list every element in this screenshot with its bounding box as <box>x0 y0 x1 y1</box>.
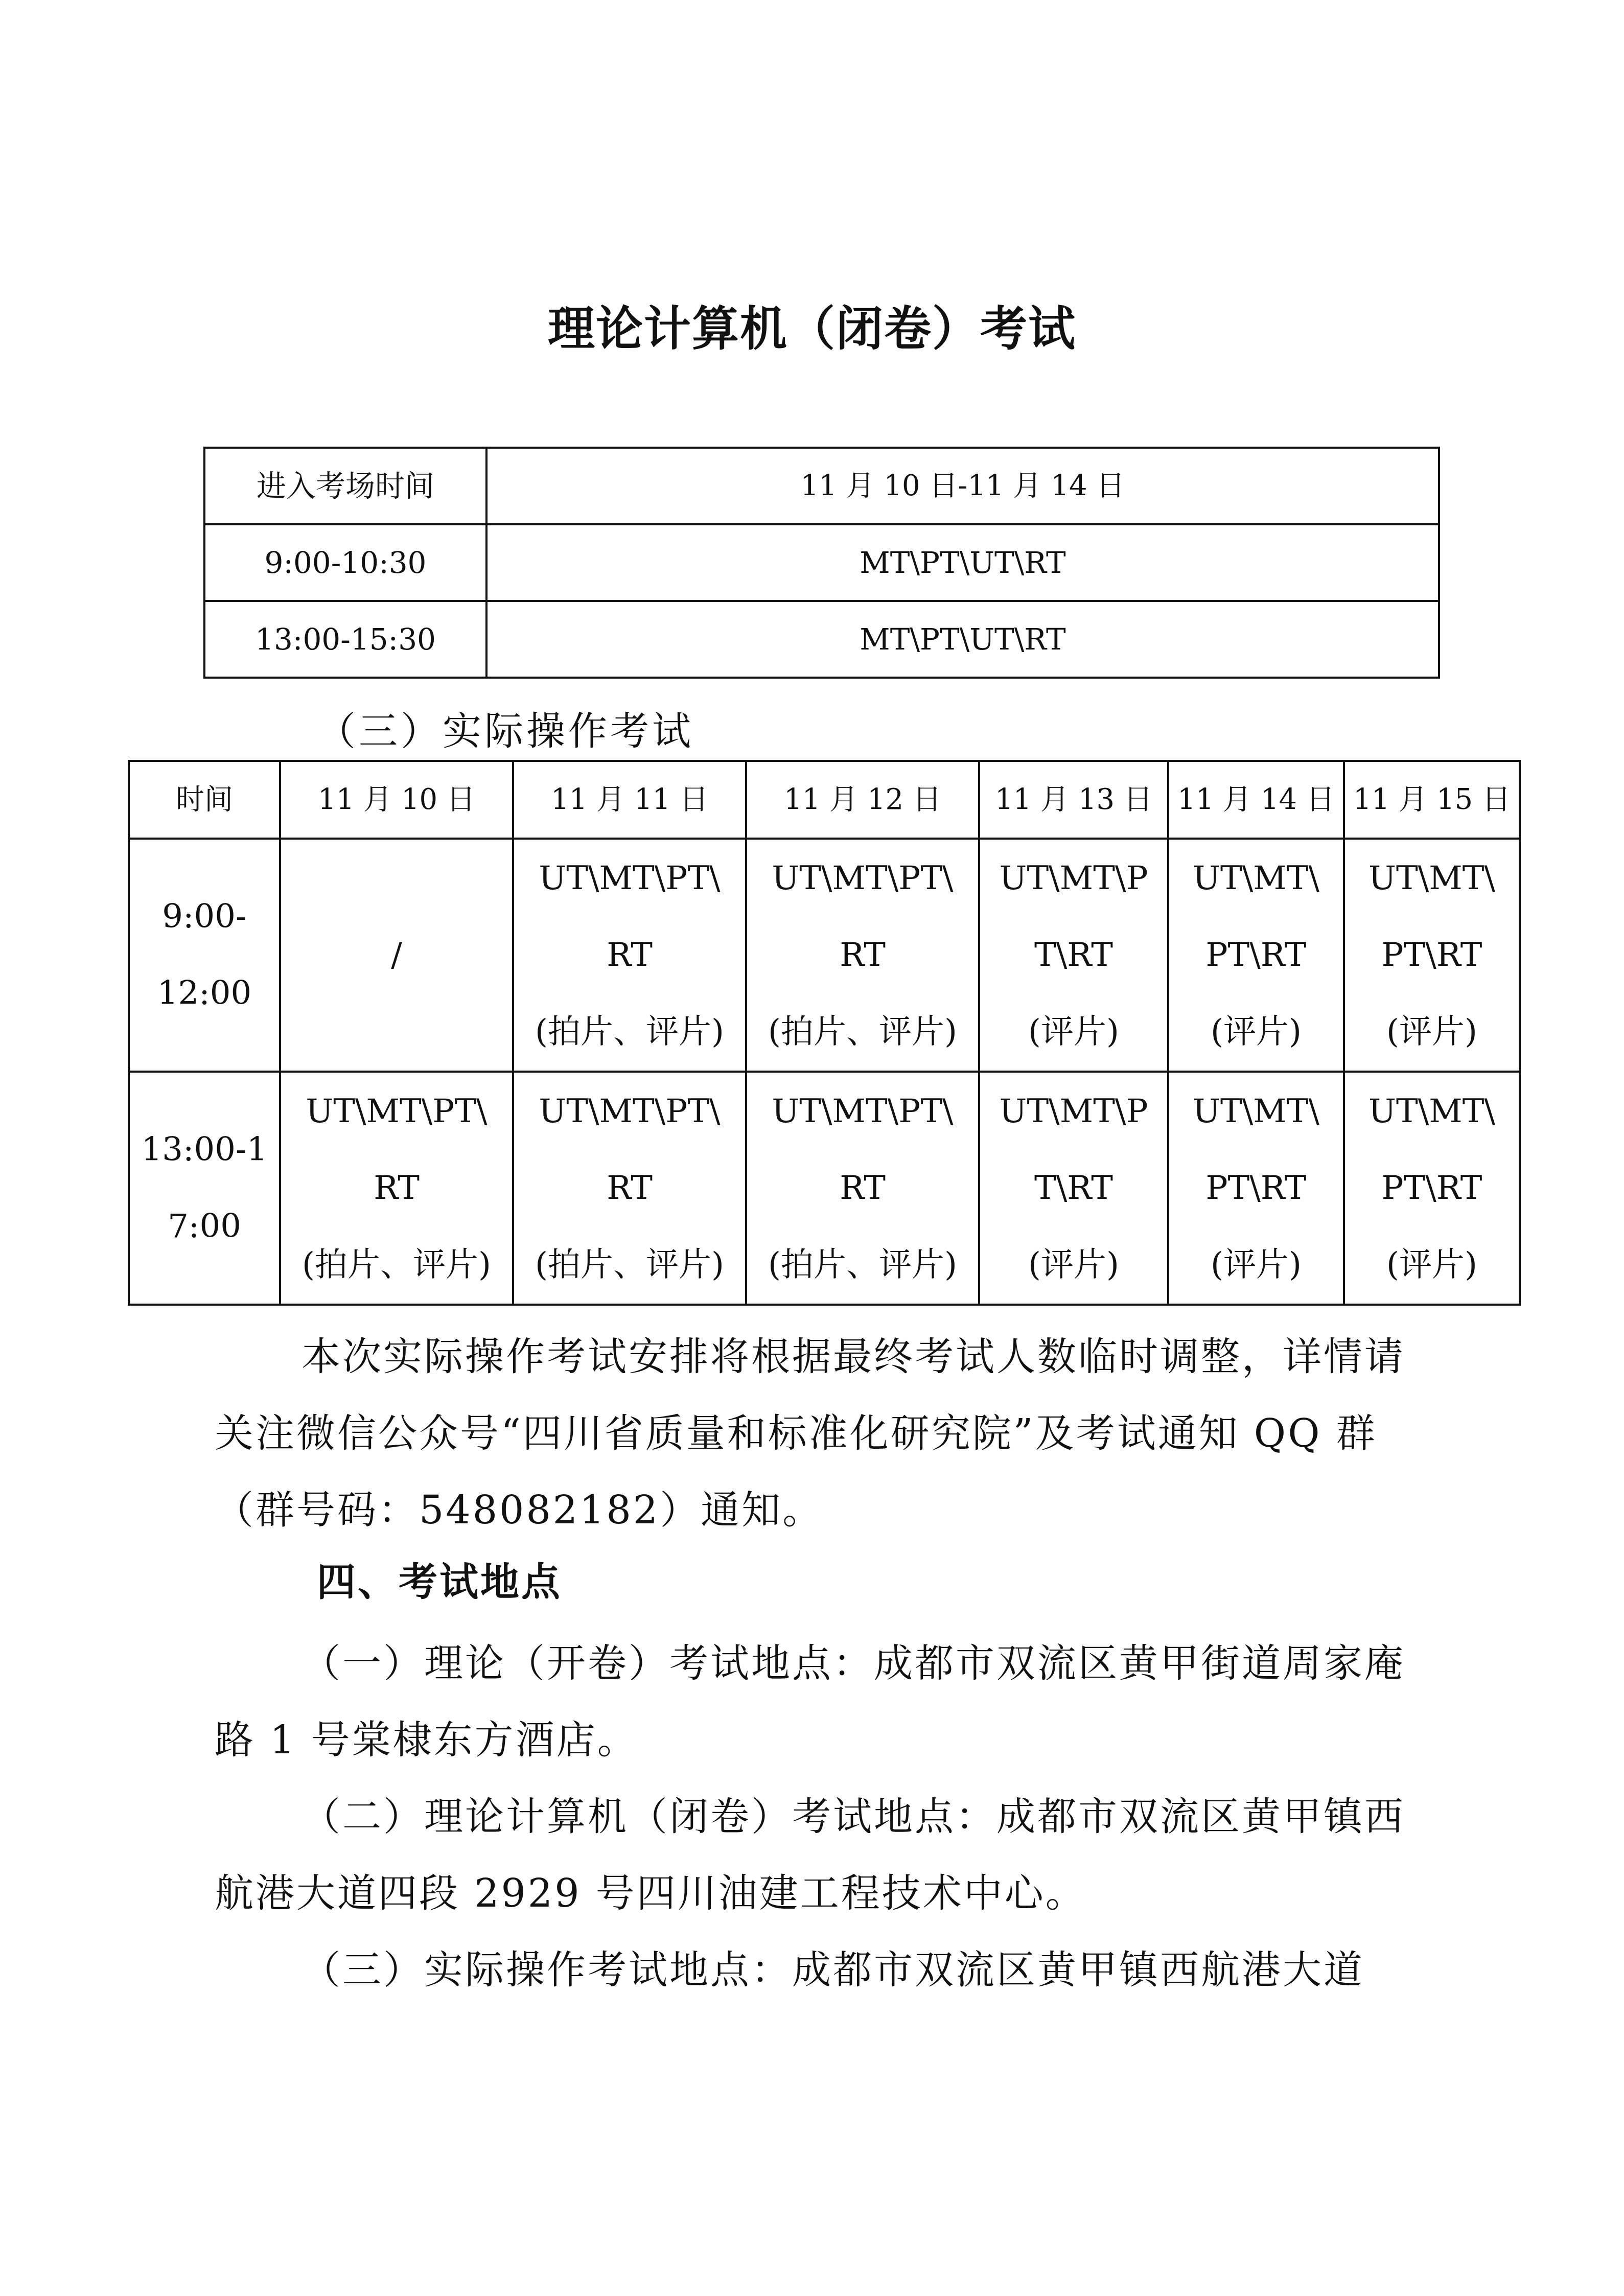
table-row: 13:00-1 7:00 UT\MT\PT\ RT (拍片、评片) UT\MT\… <box>129 1072 1520 1305</box>
schedule-cell: UT\MT\ PT\RT (评片) <box>1344 1072 1520 1305</box>
table-row: 9:00- 12:00 / UT\MT\PT\ RT (拍片、评片) UT\MT… <box>129 839 1520 1072</box>
page-title: 理论计算机（闭卷）考试 <box>0 291 1624 359</box>
section-four-heading: 四、考试地点 <box>317 1551 562 1607</box>
schedule-cell: / <box>280 839 513 1072</box>
column-header: 时间 <box>129 761 280 839</box>
column-header: 11 月 14 日 <box>1168 761 1344 839</box>
location-text: （三）实际操作考试地点：成都市双流区黄甲镇西航港大道 <box>301 1947 1364 1992</box>
entry-time-label: 进入考场时间 <box>204 448 486 524</box>
time-slot-cell: 9:00- 12:00 <box>129 839 280 1072</box>
table-row: 9:00-10:30 MT\PT\UT\RT <box>204 524 1439 601</box>
session-subjects: MT\PT\UT\RT <box>486 601 1439 678</box>
notice-paragraph: 本次实际操作考试安排将根据最终考试人数临时调整，详情请关注微信公众号“四川省质量… <box>215 1318 1441 1548</box>
table-header-row: 时间 11 月 10 日 11 月 11 日 11 月 12 日 11 月 13… <box>129 761 1520 839</box>
session-subjects: MT\PT\UT\RT <box>486 524 1439 601</box>
location-item: （一）理论（开卷）考试地点：成都市双流区黄甲街道周家庵路 1 号棠棣东方酒店。 <box>215 1625 1441 1778</box>
location-item: （二）理论计算机（闭卷）考试地点：成都市双流区黄甲镇西航港大道四段 2929 号… <box>215 1778 1441 1932</box>
time-slot-cell: 13:00-1 7:00 <box>129 1072 280 1305</box>
schedule-cell: UT\MT\P T\RT (评片) <box>979 839 1168 1072</box>
schedule-cell: UT\MT\PT\ RT (拍片、评片) <box>746 839 979 1072</box>
practical-exam-table: 时间 11 月 10 日 11 月 11 日 11 月 12 日 11 月 13… <box>128 760 1521 1306</box>
location-item: （三）实际操作考试地点：成都市双流区黄甲镇西航港大道 <box>215 1932 1441 2008</box>
schedule-cell: UT\MT\PT\ RT (拍片、评片) <box>280 1072 513 1305</box>
schedule-cell: UT\MT\PT\ RT (拍片、评片) <box>746 1072 979 1305</box>
session-time: 9:00-10:30 <box>204 524 486 601</box>
notice-text: 本次实际操作考试安排将根据最终考试人数临时调整，详情请关注微信公众号“四川省质量… <box>215 1334 1405 1533</box>
column-header: 11 月 13 日 <box>979 761 1168 839</box>
schedule-cell: UT\MT\ PT\RT (评片) <box>1168 1072 1344 1305</box>
column-header: 11 月 15 日 <box>1344 761 1520 839</box>
location-text: （一）理论（开卷）考试地点：成都市双流区黄甲街道周家庵路 1 号棠棣东方酒店。 <box>215 1640 1405 1762</box>
schedule-cell: UT\MT\P T\RT (评片) <box>979 1072 1168 1305</box>
table-row: 进入考场时间 11 月 10 日-11 月 14 日 <box>204 448 1439 524</box>
column-header: 11 月 12 日 <box>746 761 979 839</box>
session-time: 13:00-15:30 <box>204 601 486 678</box>
practical-section-heading: （三）实际操作考试 <box>317 700 694 756</box>
column-header: 11 月 10 日 <box>280 761 513 839</box>
schedule-cell: UT\MT\PT\ RT (拍片、评片) <box>513 839 746 1072</box>
schedule-cell: UT\MT\ PT\RT (评片) <box>1168 839 1344 1072</box>
location-text: （二）理论计算机（闭卷）考试地点：成都市双流区黄甲镇西航港大道四段 2929 号… <box>215 1794 1405 1916</box>
column-header: 11 月 11 日 <box>513 761 746 839</box>
schedule-cell: UT\MT\ PT\RT (评片) <box>1344 839 1520 1072</box>
table-row: 13:00-15:30 MT\PT\UT\RT <box>204 601 1439 678</box>
computer-exam-table: 进入考场时间 11 月 10 日-11 月 14 日 9:00-10:30 MT… <box>203 447 1440 679</box>
entry-date-range: 11 月 10 日-11 月 14 日 <box>486 448 1439 524</box>
schedule-cell: UT\MT\PT\ RT (拍片、评片) <box>513 1072 746 1305</box>
